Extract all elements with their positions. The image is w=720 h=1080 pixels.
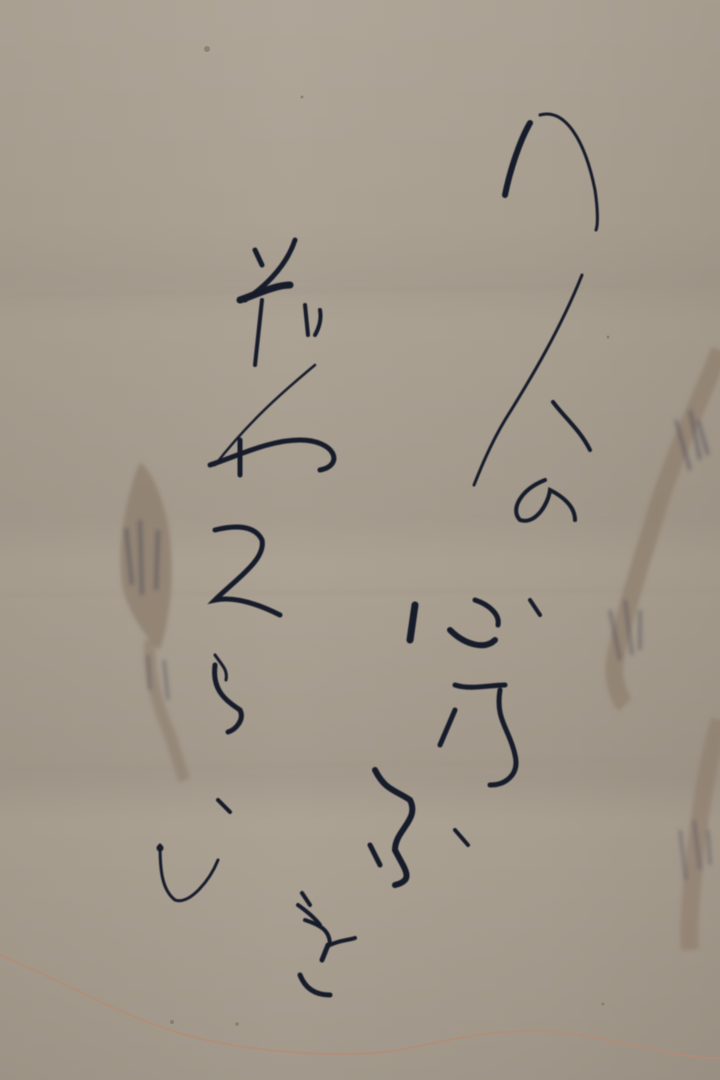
horsetail-sprout-right-upper — [610, 350, 720, 705]
horsetail-sprout-right-lower — [680, 720, 720, 950]
scroll-artwork — [0, 0, 720, 1080]
paper-specks — [170, 46, 610, 1026]
calligraphy-scroll: hanging scroll (kakejiku) calligraphy wi… — [0, 0, 720, 1080]
horsetail-sprout-left — [120, 462, 185, 780]
ground-line — [0, 955, 720, 1058]
artist-signature — [298, 893, 355, 995]
calligraphy-center-column — [157, 240, 334, 901]
calligraphy-right-column — [370, 114, 597, 885]
